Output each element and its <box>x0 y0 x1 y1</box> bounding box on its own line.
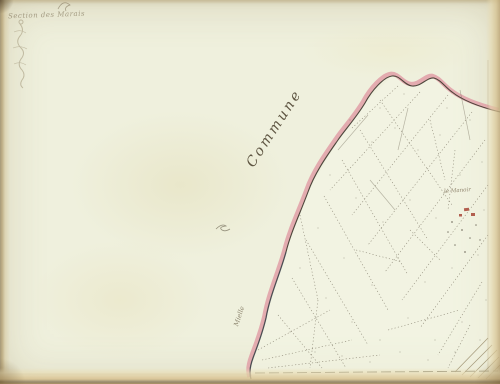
corner-flourish <box>58 3 70 11</box>
map-sheet: Section des Marais Commune le Manoir Mie… <box>0 0 500 384</box>
north-ornament <box>13 20 27 88</box>
map-artwork <box>0 0 500 384</box>
parcel-region <box>250 76 500 379</box>
squiggle-mark <box>216 225 230 231</box>
